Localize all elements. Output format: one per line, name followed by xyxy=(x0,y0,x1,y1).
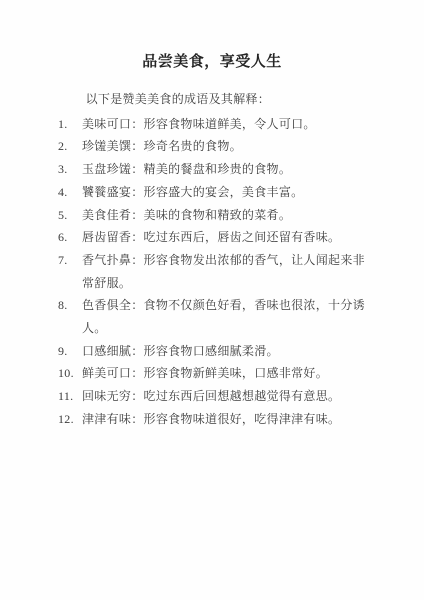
item-colon: ： xyxy=(131,298,143,312)
item-explanation: 形容食物味道很好，吃得津津有味。 xyxy=(144,412,341,426)
item-number: 6. xyxy=(58,226,82,249)
item-colon: ： xyxy=(131,208,143,222)
item-text: 回味无穷：吃过东西后回想越想越觉得有意思。 xyxy=(82,385,365,408)
item-idiom: 美食佳肴 xyxy=(82,208,131,222)
list-item: 11. 回味无穷：吃过东西后回想越想越觉得有意思。 xyxy=(58,385,365,408)
item-explanation: 形容盛大的宴会，美食丰富。 xyxy=(144,185,304,199)
item-explanation: 形容食物口感细腻柔滑。 xyxy=(144,344,279,358)
item-idiom: 美味可口 xyxy=(82,117,131,131)
intro-text: 以下是赞美美食的成语及其解释： xyxy=(58,88,365,111)
item-text: 珍馐美馔：珍奇名贵的食物。 xyxy=(82,135,365,158)
list-item: 9. 口感细腻：形容食物口感细腻柔滑。 xyxy=(58,340,365,363)
item-colon: ： xyxy=(131,344,143,358)
item-idiom: 色香俱全 xyxy=(82,298,131,312)
item-idiom: 口感细腻 xyxy=(82,344,131,358)
item-text: 饕餮盛宴：形容盛大的宴会，美食丰富。 xyxy=(82,181,365,204)
item-idiom: 饕餮盛宴 xyxy=(82,185,131,199)
item-number: 7. xyxy=(58,249,82,294)
list-item: 5. 美食佳肴：美味的食物和精致的菜肴。 xyxy=(58,204,365,227)
list-item: 3. 玉盘珍馐：精美的餐盘和珍贵的食物。 xyxy=(58,158,365,181)
item-explanation: 吃过东西后回想越想越觉得有意思。 xyxy=(144,389,341,403)
item-idiom: 津津有味 xyxy=(82,412,131,426)
list-item: 7. 香气扑鼻：形容食物发出浓郁的香气，让人闻起来非常舒服。 xyxy=(58,249,365,294)
item-explanation: 形容食物新鲜美味，口感非常好。 xyxy=(144,366,329,380)
item-number: 1. xyxy=(58,113,82,136)
item-number: 4. xyxy=(58,181,82,204)
item-idiom: 玉盘珍馐 xyxy=(82,162,131,176)
item-text: 香气扑鼻：形容食物发出浓郁的香气，让人闻起来非常舒服。 xyxy=(82,249,365,294)
item-colon: ： xyxy=(131,366,143,380)
item-text: 唇齿留香：吃过东西后，唇齿之间还留有香味。 xyxy=(82,226,365,249)
item-text: 美味可口：形容食物味道鲜美，令人可口。 xyxy=(82,113,365,136)
item-colon: ： xyxy=(131,412,143,426)
item-text: 美食佳肴：美味的食物和精致的菜肴。 xyxy=(82,204,365,227)
item-colon: ： xyxy=(131,162,143,176)
item-explanation: 形容食物味道鲜美，令人可口。 xyxy=(144,117,316,131)
item-colon: ： xyxy=(131,253,143,267)
item-number: 12. xyxy=(58,408,82,431)
document-page: 品尝美食，享受人生 以下是赞美美食的成语及其解释： 1. 美味可口：形容食物味道… xyxy=(0,0,424,600)
item-idiom: 香气扑鼻 xyxy=(82,253,131,267)
item-colon: ： xyxy=(131,185,143,199)
item-number: 10. xyxy=(58,362,82,385)
item-idiom: 珍馐美馔 xyxy=(82,139,131,153)
item-number: 5. xyxy=(58,204,82,227)
item-explanation: 精美的餐盘和珍贵的食物。 xyxy=(144,162,292,176)
item-number: 3. xyxy=(58,158,82,181)
list-item: 6. 唇齿留香：吃过东西后，唇齿之间还留有香味。 xyxy=(58,226,365,249)
list-item: 10. 鲜美可口：形容食物新鲜美味，口感非常好。 xyxy=(58,362,365,385)
item-number: 2. xyxy=(58,135,82,158)
item-colon: ： xyxy=(131,389,143,403)
item-explanation: 美味的食物和精致的菜肴。 xyxy=(144,208,292,222)
idiom-list: 1. 美味可口：形容食物味道鲜美，令人可口。 2. 珍馐美馔：珍奇名贵的食物。 … xyxy=(58,113,365,431)
item-text: 口感细腻：形容食物口感细腻柔滑。 xyxy=(82,340,365,363)
list-item: 1. 美味可口：形容食物味道鲜美，令人可口。 xyxy=(58,113,365,136)
item-text: 鲜美可口：形容食物新鲜美味，口感非常好。 xyxy=(82,362,365,385)
list-item: 2. 珍馐美馔：珍奇名贵的食物。 xyxy=(58,135,365,158)
item-colon: ： xyxy=(131,139,143,153)
item-colon: ： xyxy=(131,230,143,244)
item-idiom: 鲜美可口 xyxy=(82,366,131,380)
list-item: 12. 津津有味：形容食物味道很好，吃得津津有味。 xyxy=(58,408,365,431)
item-text: 津津有味：形容食物味道很好，吃得津津有味。 xyxy=(82,408,365,431)
item-number: 9. xyxy=(58,340,82,363)
item-idiom: 唇齿留香 xyxy=(82,230,131,244)
item-number: 8. xyxy=(58,294,82,339)
page-title: 品尝美食，享受人生 xyxy=(0,0,424,71)
item-idiom: 回味无穷 xyxy=(82,389,131,403)
item-text: 玉盘珍馐：精美的餐盘和珍贵的食物。 xyxy=(82,158,365,181)
item-number: 11. xyxy=(58,385,82,408)
list-item: 4. 饕餮盛宴：形容盛大的宴会，美食丰富。 xyxy=(58,181,365,204)
item-explanation: 吃过东西后，唇齿之间还留有香味。 xyxy=(144,230,341,244)
list-item: 8. 色香俱全：食物不仅颜色好看，香味也很浓，十分诱人。 xyxy=(58,294,365,339)
item-text: 色香俱全：食物不仅颜色好看，香味也很浓，十分诱人。 xyxy=(82,294,365,339)
item-colon: ： xyxy=(131,117,143,131)
item-explanation: 珍奇名贵的食物。 xyxy=(144,139,242,153)
